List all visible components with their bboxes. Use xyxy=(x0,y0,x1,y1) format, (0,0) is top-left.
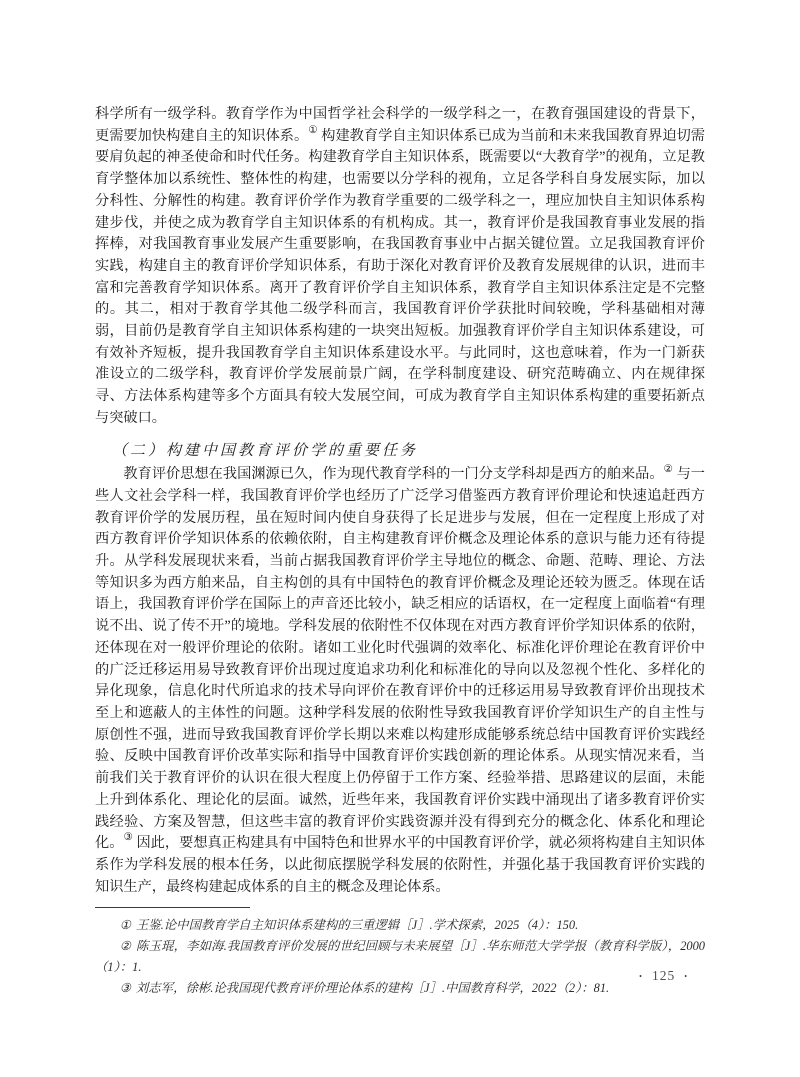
text-column: 科学所有一级学科。教育学作为中国哲学社会科学的一级学科之一，在教育强国建设的背景… xyxy=(95,104,705,999)
paragraph-continuation: 科学所有一级学科。教育学作为中国哲学社会科学的一级学科之一，在教育强国建设的背景… xyxy=(95,104,705,430)
footnote-text: 王鉴.论中国教育学自主知识体系建构的三重逻辑［J］.学术探索，2025（4）：1… xyxy=(136,918,578,932)
page-number-right-dot: • xyxy=(684,972,688,981)
page-number-value: 125 xyxy=(652,968,675,984)
footnote-marker: ① xyxy=(120,918,131,932)
text-run: 构建教育学自主知识体系已成为当前和未来我国教育界迫切需要肩负起的神圣使命和时代任… xyxy=(95,128,705,426)
footnote-marker: ② xyxy=(120,939,131,953)
footnote-ref: ② xyxy=(664,464,673,475)
section-heading: （二）构建中国教育评价学的重要任务 xyxy=(95,441,705,463)
footnote-ref: ③ xyxy=(123,832,132,843)
footnote-marker: ③ xyxy=(120,981,131,995)
footnote-item: ③刘志军，徐彬.论我国现代教育评价理论体系的建构［J］.中国教育科学，2022（… xyxy=(95,978,705,999)
text-run: 因此，要想真正构建具有中国特色和世界水平的中国教育评价学，就必须将构建自主知识体… xyxy=(95,835,705,894)
footnote-text: 陈玉琨，李如海.我国教育评价发展的世纪回顾与未来展望［J］.华东师范大学学报（教… xyxy=(95,939,705,974)
footnote-item: ②陈玉琨，李如海.我国教育评价发展的世纪回顾与未来展望［J］.华东师范大学学报（… xyxy=(95,936,705,978)
text-run: 教育评价思想在我国渊源已久，作为现代教育学科的一门分支学科却是西方的舶来品。 xyxy=(123,466,663,482)
page-number-left-dot: • xyxy=(639,972,643,981)
footnote-text: 刘志军，徐彬.论我国现代教育评价理论体系的建构［J］.中国教育科学，2022（2… xyxy=(136,981,609,995)
footnote-separator xyxy=(95,907,250,908)
footnote-ref: ① xyxy=(308,125,317,136)
footnote-item: ①王鉴.论中国教育学自主知识体系建构的三重逻辑［J］.学术探索，2025（4）：… xyxy=(95,915,705,936)
journal-page: 科学所有一级学科。教育学作为中国哲学社会科学的一级学科之一，在教育强国建设的背景… xyxy=(0,0,800,1077)
footnotes-block: ①王鉴.论中国教育学自主知识体系建构的三重逻辑［J］.学术探索，2025（4）：… xyxy=(95,915,705,999)
text-run: 与一些人文社会学科一样，我国教育评价学也经历了广泛学习借鉴西方教育评价理论和快速… xyxy=(95,466,705,851)
paragraph-main: 教育评价思想在我国渊源已久，作为现代教育学科的一门分支学科却是西方的舶来品。② … xyxy=(95,464,705,898)
page-number: • 125 • xyxy=(639,968,688,984)
